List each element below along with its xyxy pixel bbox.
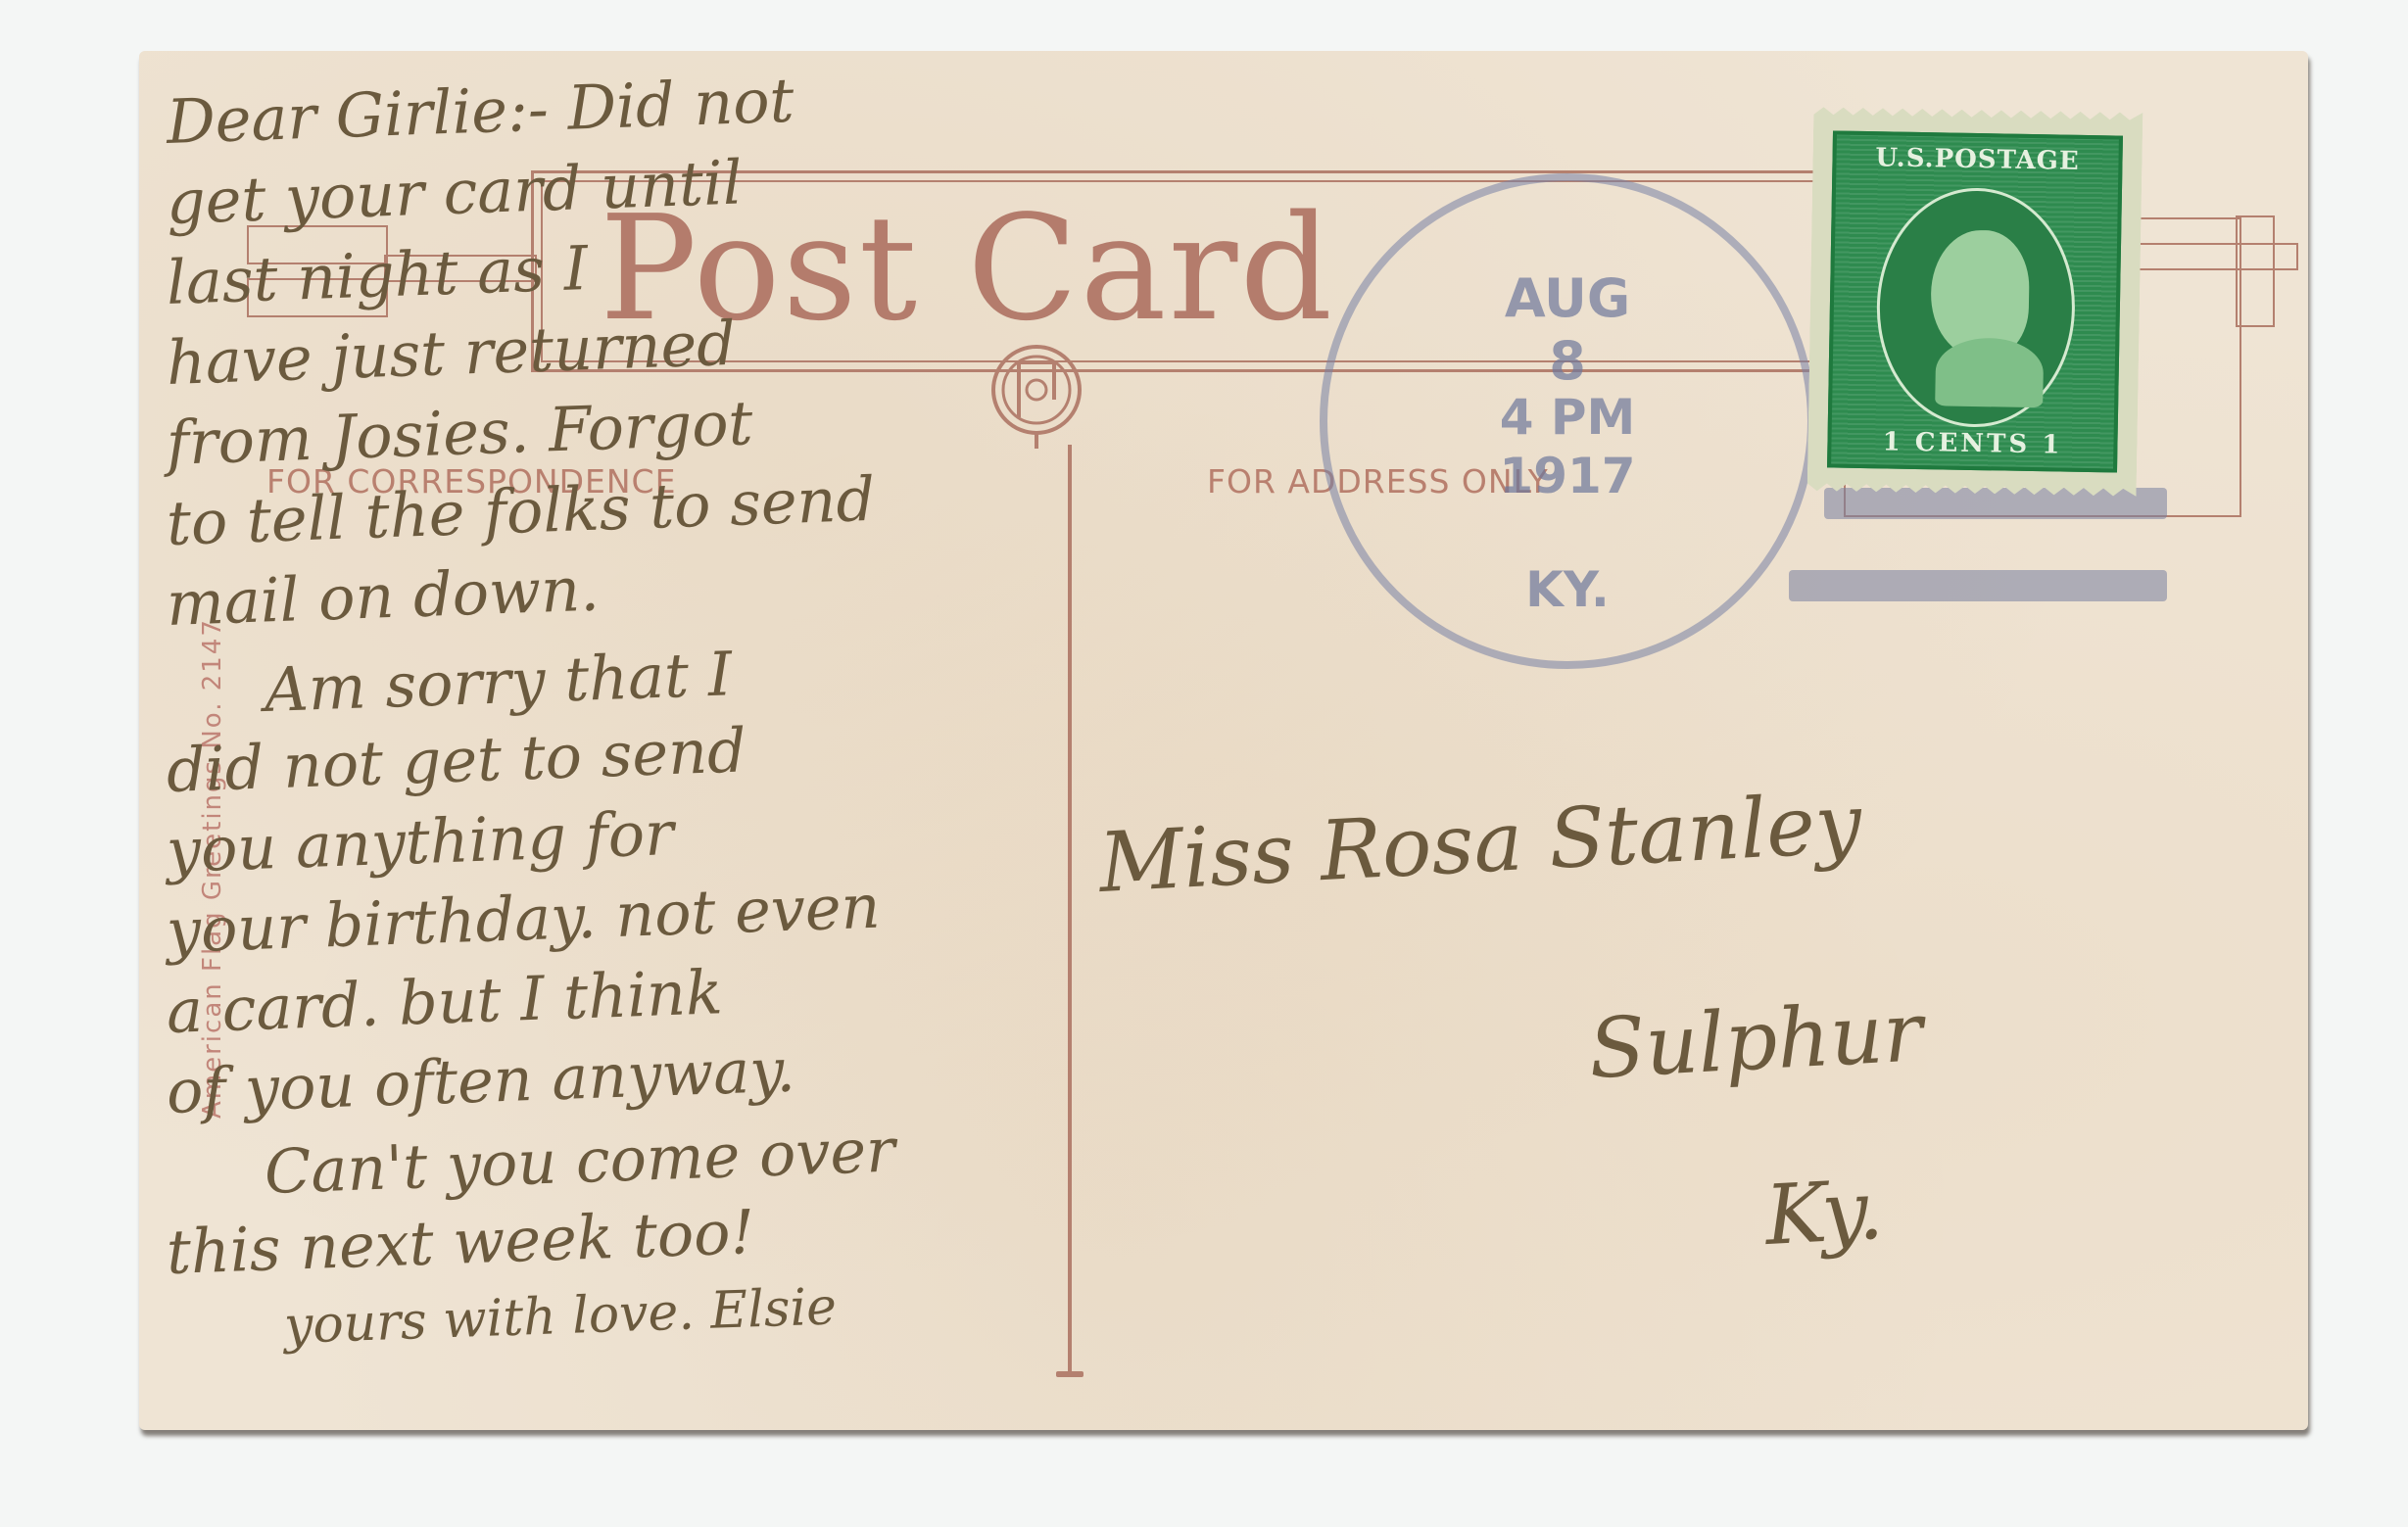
postmark-day: 8 — [1327, 330, 1807, 392]
message-line: this next week too! — [166, 1196, 756, 1288]
message-line: Am sorry that I — [264, 638, 734, 726]
postmark-month: AUG — [1327, 267, 1807, 329]
stamp-top-text: U.S.POSTAGE — [1836, 143, 2118, 177]
recipient-city: Sulphur — [1586, 983, 1924, 1097]
stamp-portrait-oval — [1875, 186, 2077, 428]
postmark-year: 1917 — [1327, 448, 1807, 504]
divider-foot — [1056, 1371, 1084, 1377]
message-line: have just returned — [166, 308, 737, 399]
message-line: your birthday. not even — [166, 871, 882, 967]
cancel-bar-bottom — [1789, 570, 2167, 601]
message-line: Dear Girlie:- Did not — [166, 65, 795, 158]
message-line: mail on down. — [166, 553, 601, 640]
message-line: did not get to send — [166, 714, 747, 806]
portrait-bust — [1935, 337, 2044, 407]
message-line: last night as I — [166, 232, 590, 318]
message-line: of you often anyway. — [166, 1034, 796, 1127]
message-line: you anything for — [166, 797, 675, 886]
postcard: Post Card FOR CORRESPONDENCE FOR ADDRESS… — [139, 51, 2308, 1430]
stamp-denomination: 1 CENTS 1 — [1831, 426, 2113, 460]
postmark-state: KY. — [1327, 561, 1807, 618]
postmark-time: 4 PM — [1327, 389, 1807, 446]
recipient-name: Miss Rosa Stanley — [1096, 775, 1863, 911]
message-line: a card. but I think — [166, 956, 724, 1047]
stamp-design: U.S.POSTAGE 1 CENTS 1 — [1827, 130, 2123, 472]
message-signoff: yours with love. Elsie — [283, 1277, 838, 1356]
postage-stamp: U.S.POSTAGE 1 CENTS 1 — [1807, 107, 2143, 497]
publisher-emblem-icon — [987, 341, 1085, 449]
message-line: Can't you come over — [264, 1115, 896, 1208]
postmark: AUG 8 4 PM 1917 KY. — [1320, 173, 1815, 669]
recipient-state: Ky. — [1762, 1162, 1885, 1264]
far-right-ornament — [2236, 215, 2275, 327]
center-divider — [1068, 445, 1072, 1375]
